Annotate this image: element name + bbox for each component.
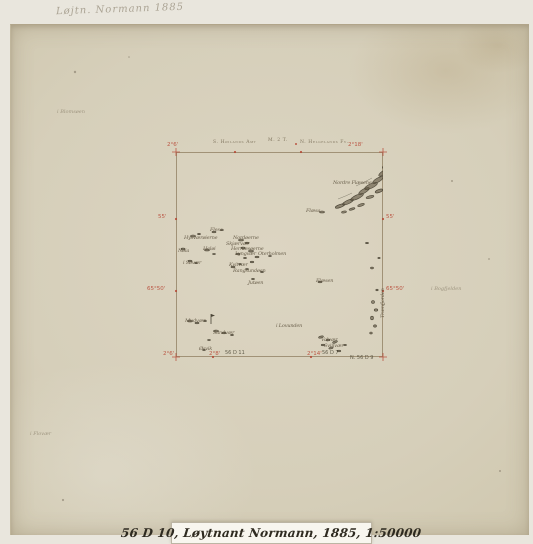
geo-coordinate-label: 2°6' — [163, 352, 174, 358]
map-edge-caption: M. 2 T. — [268, 139, 288, 144]
geo-coordinate-label: 65°50' — [147, 287, 165, 293]
map-edge-caption: S. Høilands Amt — [213, 141, 256, 146]
island-name-label: Trænfjorden — [381, 288, 386, 318]
island-name-label: Hysværøierne — [184, 236, 217, 241]
island-name-label: Lyngvær — [235, 252, 256, 257]
margin-note-bottom-left: i Flovær — [30, 431, 51, 437]
scanned-map-sheet: Løjtn. Normann 1885 i Blomsøen i Bogfjel… — [0, 0, 533, 544]
island-name-label: Flæsen — [316, 279, 333, 284]
adjacent-sheet-ref: 56 D 7 — [322, 351, 339, 356]
island-name-label: Flæsa — [306, 209, 320, 214]
island-name-label: Sandvær — [213, 331, 234, 336]
geo-coordinate-label: 2°6' — [167, 143, 178, 149]
island-name-label: i Lovunden — [276, 324, 302, 329]
island-name-label: Flesa — [210, 228, 223, 233]
geo-coordinate-label: 2°14' — [307, 352, 322, 358]
margin-note-left: i Blomsøen — [57, 109, 85, 115]
island-name-label: Jutøen — [248, 281, 263, 286]
map-edge-caption: N. Helgelands Fv. — [300, 141, 349, 146]
island-name-label: i Søvær — [183, 261, 201, 266]
adjacent-sheet-ref: N. 56 D 9 — [350, 356, 374, 361]
margin-note-right: i Bogfjelden — [431, 286, 461, 292]
archive-label: 56 D 10, Løytnant Normann, 1885, 1:50000 — [171, 522, 372, 544]
geo-coordinate-label: 2°8' — [209, 352, 220, 358]
geo-coordinate-label: 55' — [386, 215, 395, 221]
geo-coordinate-label: 55' — [158, 215, 167, 221]
island-name-label: Rangsundøen — [233, 269, 265, 274]
archive-label-text: 56 D 10, Løytnant Normann, 1885, 1:50000 — [121, 526, 423, 540]
island-name-label: Heløi — [203, 247, 216, 252]
island-name-label: Nøia — [178, 249, 189, 254]
pencil-inscription: Løjtn. Normann 1885 — [56, 2, 184, 17]
island-name-label: Nordre Flæsene — [333, 181, 372, 186]
island-name-label: Oterholmen — [258, 252, 286, 257]
island-name-label: Svinvær — [324, 344, 344, 349]
island-name-label: Mudvær — [185, 319, 205, 324]
adjacent-sheet-ref: 56 D 11 — [225, 351, 245, 356]
geo-coordinate-label: 2°18' — [348, 143, 363, 149]
geo-coordinate-label: 65°50' — [386, 287, 404, 293]
island-name-label: Øsvik — [199, 347, 212, 352]
